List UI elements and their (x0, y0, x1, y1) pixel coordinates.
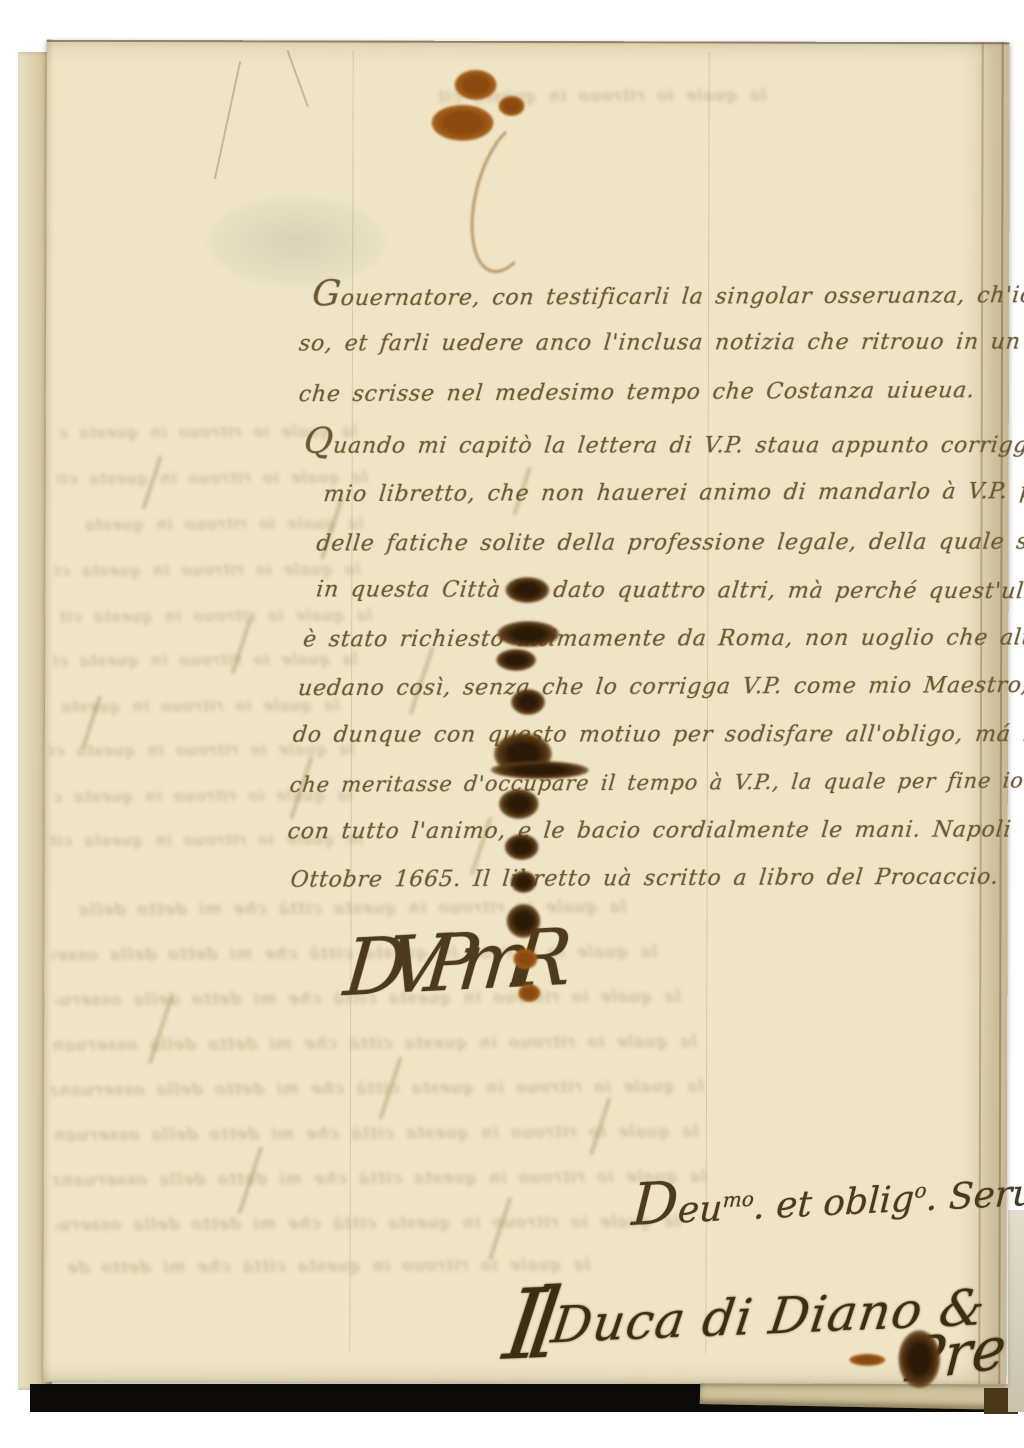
bleedthrough-layer: la quale io ritrouo in questa città che … (47, 40, 1010, 43)
ink-blot (511, 689, 545, 715)
closing-text: eu (677, 1188, 724, 1231)
bleedthrough-line: la quale io ritrouo in questa città che … (57, 605, 372, 626)
ink-blot (513, 949, 537, 969)
ink-blot (898, 1330, 940, 1388)
letter-line: che scrisse nel medesimo tempo che Costa… (298, 378, 977, 407)
letter-body-text: Gouernatore, con testificarli la singola… (47, 40, 1010, 43)
bleedthrough-line: la quale io ritrouo in questa città che … (55, 559, 360, 580)
letter-line: uedano così, senza che lo corrigga V.P. … (297, 673, 1024, 702)
letter-line: do dunque con questo motiuo per sodisfar… (292, 722, 1024, 748)
ink-blot (455, 70, 497, 100)
ink-blot (849, 1354, 885, 1366)
ink-blot (496, 649, 536, 671)
bleedthrough-line: la quale io ritrouo in questa città che … (58, 467, 368, 488)
closing-initial: D (630, 1168, 680, 1239)
vertical-fold-crease (705, 51, 709, 1353)
ink-blot (505, 834, 539, 860)
letter-line: in questa Città ho dato quattro altri, m… (315, 577, 1024, 604)
ink-blot (518, 984, 540, 1002)
ink-blot (491, 761, 589, 779)
bleedthrough-line: la quale io ritrouo in questa città che … (52, 1032, 697, 1056)
letter-line: so, et farli uedere anco l'inclusa notiz… (298, 329, 1024, 356)
ink-blot (431, 105, 493, 141)
letter-line: è stato richiesto ultimamente da Roma, n… (302, 625, 1024, 652)
ink-blot (511, 871, 537, 893)
corner-crease (214, 61, 241, 179)
signature-monogram: Il (498, 1267, 554, 1381)
ink-blot-column (47, 40, 1010, 43)
closing-salutation: Deumo. et obligo. Serud, (630, 1149, 1024, 1239)
faint-oval-stamp (206, 195, 386, 287)
letter-line: delle fatiche solite della professione l… (315, 529, 1024, 556)
scanned-letter-page: la quale io ritrouo in questa città che … (0, 0, 1024, 1448)
ink-blot (499, 789, 539, 819)
letter-line: Ottobre 1665. Il libretto uà scritto a l… (289, 865, 1000, 893)
closing-text: . Serud, (925, 1171, 1024, 1219)
letter-line: che meritasse d'occupare il tempo à V.P.… (289, 768, 1024, 797)
closing-superscript: mo (722, 1187, 754, 1213)
letter-line: mio libretto, che non hauerei animo di m… (322, 479, 1024, 508)
letter-line: Quando mi capitò la lettera di V.P. stau… (302, 430, 1024, 459)
corner-crease (287, 50, 309, 107)
bleedthrough-line: la quale io ritrouo in questa città che … (56, 1212, 681, 1236)
bleedthrough-line: la quale io ritrouo in questa città che … (49, 1077, 704, 1101)
ink-blot (497, 621, 559, 647)
ink-blot (506, 904, 540, 938)
letter-line: con tutto l'animo, e le bacio cordialmen… (286, 817, 1024, 844)
closing-text: . et oblig (752, 1179, 915, 1228)
ink-blot (499, 96, 525, 116)
manuscript-sheet: la quale io ritrouo in questa città che … (43, 40, 1010, 1385)
ink-blot (505, 577, 549, 603)
letter-line: Gouernatore, con testificarli la singola… (311, 280, 1024, 312)
bleedthrough-line: la quale io ritrouo in questa città che … (52, 1167, 707, 1191)
right-margin-shading (1008, 1210, 1024, 1412)
